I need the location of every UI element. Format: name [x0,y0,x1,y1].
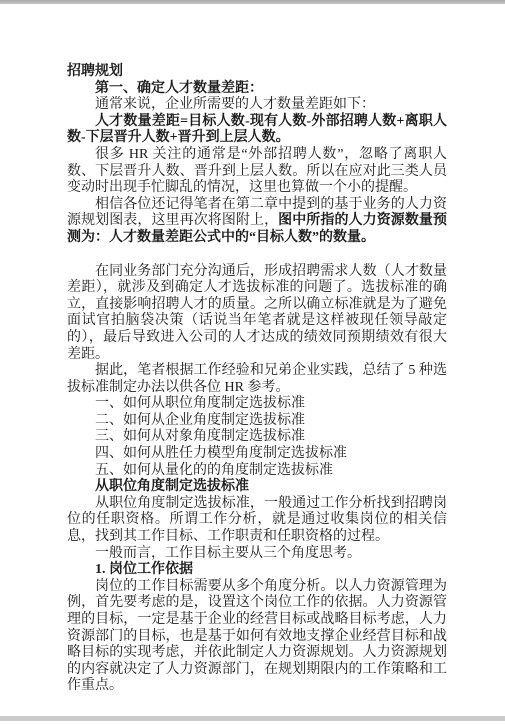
paragraph-summary: 据此，笔者根据工作经验和兄弟企业实践，总结了 5 种选拔标准制定办法以供各位 H… [67,363,447,396]
list-item-1: 一、如何从职位角度制定选拔标准 [67,396,447,413]
bottom-border [0,716,505,721]
paragraph-communication: 在同业务部门充分沟通后，形成招聘需求人数（人才数量差距），就涉及到确定人才选拔标… [67,264,447,364]
list-item-5: 五、如何从量化的的角度制定选拔标准 [67,463,447,480]
section-heading-number-gap: 第一、确定人才数量差距： [67,81,447,98]
subsection-heading-basis: 1. 岗位工作依据 [67,562,447,579]
list-item-2: 二、如何从企业角度制定选拔标准 [67,413,447,430]
list-item-4: 四、如何从胜任力模型角度制定选拔标准 [67,446,447,463]
top-border [0,0,505,4]
paragraph-figure-reference: 相信各位还记得笔者在第二章中提到的基于业务的人力资源规划图表，这里再次将图附上，… [67,197,447,247]
paragraph-intro: 通常来说，企业所需要的人才数量差距如下： [67,97,447,114]
list-item-3: 三、如何从对象角度制定选拔标准 [67,429,447,446]
document-page: 招聘规划 第一、确定人才数量差距： 通常来说，企业所需要的人才数量差距如下： 人… [67,64,447,695]
paragraph-basis: 岗位的工作目标需要从多个角度分析。以人力资源管理为例，首先要考虑的是，设置这个岗… [67,579,447,695]
paragraph-generally: 一般而言，工作目标主要从三个角度思考。 [67,546,447,563]
blank-line [67,247,447,264]
formula-text: 人才数量差距=目标人数-现有人数-外部招聘人数+离职人数-下层晋升人数+晋升到上… [67,114,447,147]
section-heading-position: 从职位角度制定选拔标准 [67,479,447,496]
doc-title: 招聘规划 [67,64,447,81]
paragraph-position: 从职位角度制定选拔标准，一般通过工作分析找到招聘岗位的任职资格。所谓工作分析，就… [67,496,447,546]
paragraph-hr-note: 很多 HR 关注的通常是“外部招聘人数”，忽略了离职人数、下层晋升人数、晋升到上… [67,147,447,197]
